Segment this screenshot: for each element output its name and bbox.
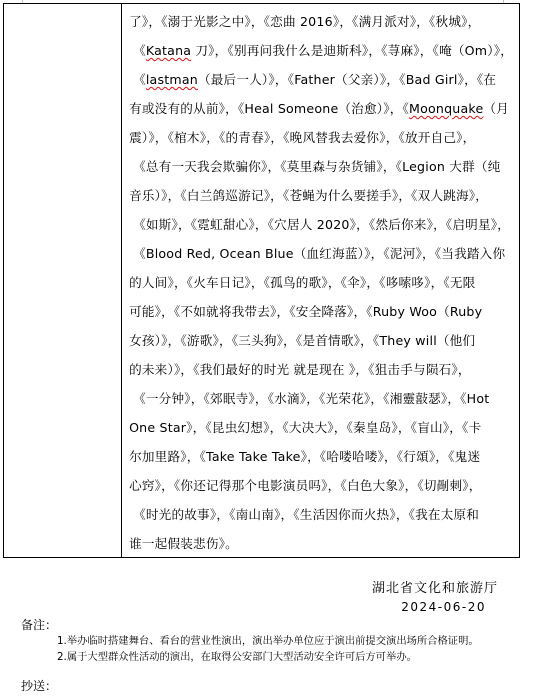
- text-line: 有或没有的从前》，《Heal Someone（治愈）》，《Moonquake（月: [129, 94, 513, 123]
- text-segment: （月: [483, 101, 509, 116]
- text-line: 的未来）》，《我们最好的时光 就是现在 》，《狙击手与陨石》，: [129, 355, 513, 384]
- text-line: 震）》，《棺木》，《的青春》，《晚风替我去爱你》，《放开自己》，: [129, 123, 513, 152]
- text-segment: 《Blood Red, Ocean Blue（血红海蓝）》，《泥河》，《当我踏入…: [133, 246, 505, 261]
- text-line: 音乐）》，《白兰鸽巡游记》，《苍蝇为什么要搓手》，《双人跳海》，: [129, 181, 513, 210]
- text-line: 《时光的故事》，《南山南》，《生活因你而火热》，《我在太原和: [129, 500, 513, 529]
- text-segment: 震）》，《棺木》，《的青春》，《晚风替我去爱你》，《放开自己》，: [129, 130, 475, 145]
- song-list-cell: 了》，《溺于光影之中》，《恋曲 2016》，《满月派对》，《秋城》，《Katan…: [122, 4, 519, 557]
- text-line: 《Katana 刀》，《别再问我什么是迪斯科》，《荨麻》，《唵（Om）》，: [129, 36, 513, 65]
- approval-table: 了》，《溺于光影之中》，《恋曲 2016》，《满月派对》，《秋城》，《Katan…: [3, 3, 520, 558]
- text-segment: 女孩）》，《游歌》，《三头狗》，《是首情歌》，《They will（他们: [129, 333, 475, 348]
- spellcheck-flagged-word: Moonquake: [409, 101, 483, 116]
- text-segment: 《一分钟》，《郊眠寺》，《水滴》，《光荣花》，《湘靈敼瑟》，《Hot: [133, 391, 489, 406]
- text-line: 谁一起假装悲伤》。: [129, 529, 513, 558]
- text-segment: 了》，《溺于光影之中》，《恋曲 2016》，《满月派对》，《秋城》，: [129, 14, 480, 29]
- text-segment: 《: [133, 72, 146, 87]
- issue-date: 2024-06-20: [401, 600, 486, 614]
- text-line: 女孩）》，《游歌》，《三头狗》，《是首情歌》，《They will（他们: [129, 326, 513, 355]
- text-segment: 《如斯》，《霓虹甜心》，《穴居人 2020》，《然后你来》，《启明星》，: [133, 217, 510, 232]
- text-segment: One Star》，《昆虫幻想》，《大决大》，《秦皇岛》，《盲山》，《卡: [129, 420, 481, 435]
- text-line: 了》，《溺于光影之中》，《恋曲 2016》，《满月派对》，《秋城》，: [129, 7, 513, 36]
- text-segment: 有或没有的从前》，《Heal Someone（治愈）》，《: [129, 101, 409, 116]
- spellcheck-flagged-word: Katana: [146, 43, 191, 58]
- text-segment: 可能》，《不如就将我带去》，《安全降落》，《Ruby Woo（Ruby: [129, 304, 482, 319]
- text-segment: 谁一起假装悲伤》。: [129, 536, 238, 551]
- text-line: 尔加里路》，《Take Take Take》，《哈喽哈喽》，《行頌》，《鬼迷: [129, 442, 513, 471]
- text-line: 《lastman（最后一人）》，《Father（父亲）》，《Bad Girl》，…: [129, 65, 513, 94]
- text-line: 《如斯》，《霓虹甜心》，《穴居人 2020》，《然后你来》，《启明星》，: [129, 210, 513, 239]
- text-line: 心窍》，《你还记得那个电影演员吗》，《白色大象》，《切剮刺》，: [129, 471, 513, 500]
- note-item: 1.举办临时搭建舞台、看台的营业性演出，演出举办单位应于演出前提交演出场所合格证…: [57, 632, 479, 647]
- note-item: 2.属于大型群众性活动的演出，在取得公安部门大型活动安全许可后方可举办。: [57, 648, 417, 663]
- text-segment: 尔加里路》，《Take Take Take》，《哈喽哈喽》，《行頌》，《鬼迷: [129, 449, 480, 464]
- text-segment: 心窍》，《你还记得那个电影演员吗》，《白色大象》，《切剮刺》，: [129, 478, 482, 493]
- text-segment: （最后一人）》，《Father（父亲）》，《Bad Girl》，《在: [198, 72, 496, 87]
- text-line: 可能》，《不如就将我带去》，《安全降落》，《Ruby Woo（Ruby: [129, 297, 513, 326]
- table-label-cell: [4, 4, 122, 557]
- cc-label: 抄送：: [21, 677, 57, 694]
- notes-label: 备注：: [21, 616, 57, 633]
- text-segment: 音乐）》，《白兰鸽巡游记》，《苍蝇为什么要搓手》，《双人跳海》，: [129, 188, 488, 203]
- text-line: 《总有一天我会欺骗你》，《莫里森与杂货铺》，《Legion 大群（纯: [129, 152, 513, 181]
- text-segment: 《总有一天我会欺骗你》，《莫里森与杂货铺》，《Legion 大群（纯: [133, 159, 500, 174]
- text-segment: 刀》，《别再问我什么是迪斯科》，《荨麻》，《唵（Om）》，: [191, 43, 513, 58]
- text-segment: 的未来）》，《我们最好的时光 就是现在 》，《狙击手与陨石》，: [129, 362, 471, 377]
- text-line: 的人间》，《火车日记》，《孤鸟的歌》，《伞》，《哆嗦哆》，《无限: [129, 268, 513, 297]
- text-segment: 的人间》，《火车日记》，《孤鸟的歌》，《伞》，《哆嗦哆》，《无限: [129, 275, 475, 290]
- text-segment: 《: [133, 43, 146, 58]
- text-line: One Star》，《昆虫幻想》，《大决大》，《秦皇岛》，《盲山》，《卡: [129, 413, 513, 442]
- spellcheck-flagged-word: lastman: [146, 72, 198, 87]
- issuer-name: 湖北省文化和旅游厅: [372, 577, 498, 596]
- text-line: 《Blood Red, Ocean Blue（血红海蓝）》，《泥河》，《当我踏入…: [129, 239, 513, 268]
- text-line: 《一分钟》，《郊眠寺》，《水滴》，《光荣花》，《湘靈敼瑟》，《Hot: [129, 384, 513, 413]
- text-segment: 《时光的故事》，《南山南》，《生活因你而火热》，《我在太原和: [133, 507, 479, 522]
